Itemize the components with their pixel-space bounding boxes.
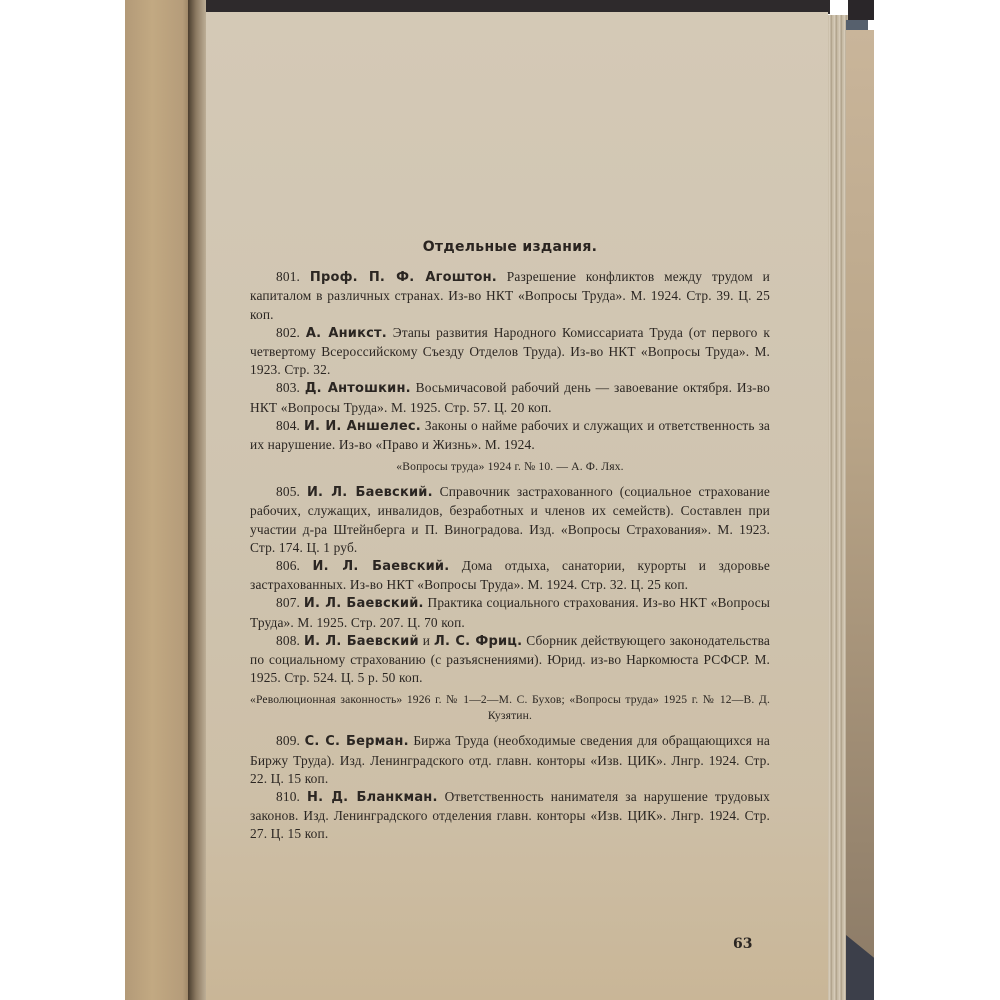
entry-author: С. С. Берман. [305,734,409,749]
entry-author: И. Л. Баевский. [312,559,449,574]
page-stack-edges [828,15,848,1000]
entry-number: 803. [276,380,300,395]
bibliography-entry-802: 802. А. Аникст. Этапы развития Народного… [250,324,770,380]
bibliography-entry-809: 809. С. С. Берман. Биржа Труда (необходи… [250,732,770,788]
entry-author: Проф. П. Ф. Агоштон. [310,270,497,285]
entry-number: 806. [276,558,300,573]
bibliography-entry-804: 804. И. И. Аншелес. Законы о найме рабоч… [250,417,770,454]
bibliography-entry-806: 806. И. Л. Баевский. Дома отдыха, санато… [250,557,770,594]
entry-number: 802. [276,325,300,340]
review-citation: «Вопросы труда» 1924 г. № 10. — А. Ф. Ля… [250,459,770,475]
entry-author: И. Л. Баевский [304,634,419,649]
section-heading: Отдельные издания. [250,238,770,256]
entry-number: 804. [276,418,300,433]
entry-author: А. Аникст. [306,326,387,341]
bibliography-entry-810: 810. Н. Д. Бланкман. Ответственность нан… [250,788,770,844]
book-gutter [188,0,206,1000]
bibliography-entry-805: 805. И. Л. Баевский. Справочник застрахо… [250,483,770,557]
page-text: Отдельные издания. 801. Проф. П. Ф. Агош… [250,238,770,844]
entry-author: И. Л. Баевский. [304,596,424,611]
entry-coauthor: Л. С. Фриц. [434,634,522,649]
left-page-edge [125,0,193,1000]
entry-number: 810. [276,789,300,804]
bibliography-entry-803: 803. Д. Антошкин. Восьмичасовой рабочий … [250,379,770,416]
entry-number: 801. [276,269,300,284]
entry-author: Н. Д. Бланкман. [307,790,438,805]
entry-connector: и [423,633,430,648]
entry-author: И. Л. Баевский. [307,485,433,500]
page-number: 63 [733,936,752,952]
book-cover-edge [846,30,874,1000]
bibliography-entry-807: 807. И. Л. Баевский. Практика социальног… [250,594,770,631]
review-citation: «Революционная законность» 1926 г. № 1—2… [250,692,770,724]
bibliography-entry-801: 801. Проф. П. Ф. Агоштон. Разрешение кон… [250,268,770,324]
entry-number: 808. [276,633,300,648]
book-photo: Отдельные издания. 801. Проф. П. Ф. Агош… [0,0,1000,1000]
bibliography-entry-808: 808. И. Л. Баевский и Л. С. Фриц. Сборни… [250,632,770,688]
entry-number: 807. [276,595,300,610]
entry-author: И. И. Аншелес. [304,419,421,434]
dark-background-right [848,0,874,20]
entry-number: 805. [276,484,300,499]
entry-author: Д. Антошкин. [305,381,411,396]
entry-number: 809. [276,733,300,748]
